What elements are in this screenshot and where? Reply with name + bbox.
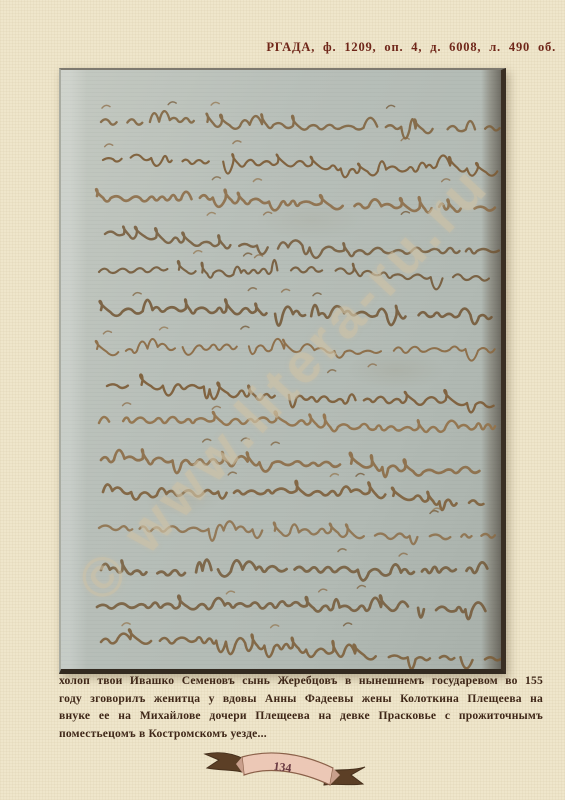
page-number-ribbon: 134 [200, 744, 370, 796]
manuscript-photo [59, 68, 506, 674]
page-number: 134 [273, 759, 293, 775]
transcription-line: поместьецомъ в Костромскомъ уезде... [59, 725, 543, 743]
handwriting-scribbles [61, 70, 501, 669]
transcription-line: году зговорилъ женитца у вдовы Анны Фаде… [59, 690, 543, 708]
archive-reference: РГАДА, ф. 1209, оп. 4, д. 6008, л. 490 о… [266, 40, 556, 55]
transcription-text: холоп твои Ивашко Семеновъ сынь Жеребцов… [59, 672, 543, 742]
ribbon-banner-icon: 134 [200, 744, 370, 796]
document-page: РГАДА, ф. 1209, оп. 4, д. 6008, л. 490 о… [0, 0, 565, 800]
transcription-line: внуке ее на Михайлове дочери Плещеева на… [59, 707, 543, 725]
transcription-line: холоп твои Ивашко Семеновъ сынь Жеребцов… [59, 672, 543, 690]
